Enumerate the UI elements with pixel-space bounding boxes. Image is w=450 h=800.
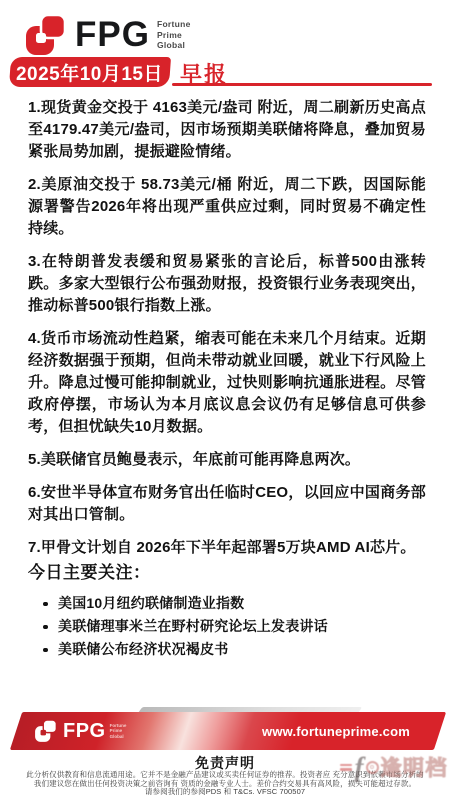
focus-list: 美国10月纽约联储制造业指数 美联储理事米兰在野村研究论坛上发表讲话 美联储公布… xyxy=(28,592,426,661)
banner-content: FPG Fortune Prime Global www.fortuneprim… xyxy=(16,712,440,750)
focus-item-2: 美联储理事米兰在野村研究论坛上发表讲话 xyxy=(41,615,426,638)
news-item-6: 6.安世半导体宣布财务官出任临时CEO，以回应中国商务部对其出口管制。 xyxy=(28,482,426,526)
watermark-avatar-icon xyxy=(366,761,379,774)
fpg-logo: FPG Fortune Prime Global xyxy=(24,13,191,57)
disclaimer-line-3: 请参阅我们的参阅PDS 和 T&Cs. VFSC 700507 xyxy=(0,788,450,797)
watermark-small-text xyxy=(340,764,352,771)
tagline-line: Fortune xyxy=(157,19,191,29)
tagline-line: Prime xyxy=(157,30,182,40)
footer-fpg-tagline: Fortune Prime Global xyxy=(110,723,127,740)
date-badge: 2025年10月15日 xyxy=(9,57,171,87)
tagline-line: Fortune xyxy=(110,723,127,728)
watermark-handle: 逢明档 xyxy=(381,752,449,782)
header-divider xyxy=(172,83,432,86)
watermark-f-icon: f xyxy=(355,752,364,782)
focus-item-1: 美国10月纽约联储制造业指数 xyxy=(41,592,426,615)
social-watermark: f 逢明档 xyxy=(340,750,449,784)
footer-fpg-logo: FPG Fortune Prime Global xyxy=(34,719,126,743)
news-item-7: 7.甲骨文计划自 2026年下半年起部署5万块AMD AI芯片。 xyxy=(28,537,426,559)
news-item-1: 1.现货黄金交投于 4163美元/盎司 附近，周二刷新历史高点至4179.47美… xyxy=(28,97,426,163)
report-date: 2025年10月15日 xyxy=(16,59,163,86)
fpg-logo-icon xyxy=(24,13,68,57)
news-item-3: 3.在特朗普发表缓和贸易紧张的言论后，标普500由涨转跌。多家大型银行公布强劲财… xyxy=(28,251,426,317)
morning-report-poster: FPG Fortune Prime Global 2025年10月15日 早报 … xyxy=(0,0,450,800)
tagline-line: Global xyxy=(157,40,185,50)
website-url: www.fortuneprime.com xyxy=(262,724,410,739)
focus-section: 今日主要关注： 美国10月纽约联储制造业指数 美联储理事米兰在野村研究论坛上发表… xyxy=(28,558,426,661)
news-item-4: 4.货币市场流动性趋紧，缩表可能在未来几个月结束。近期经济数据强于预期，但尚未带… xyxy=(28,328,426,438)
footer-fpg-wordmark: FPG xyxy=(63,720,106,743)
tagline-line: Global xyxy=(110,734,124,739)
news-list: 1.现货黄金交投于 4163美元/盎司 附近，周二刷新历史高点至4179.47美… xyxy=(28,97,426,570)
focus-item-3: 美联储公布经济状况褐皮书 xyxy=(41,638,426,661)
news-item-5: 5.美联储官员鲍曼表示，年底前可能再降息两次。 xyxy=(28,449,426,471)
fpg-logo-tagline: Fortune Prime Global xyxy=(157,19,191,51)
focus-heading: 今日主要关注： xyxy=(28,558,426,583)
news-item-2: 2.美原油交投于 58.73美元/桶 附近，周二下跌，因国际能源署警告2026年… xyxy=(28,174,426,240)
fpg-logo-wordmark: FPG xyxy=(75,13,150,57)
tagline-line: Prime xyxy=(110,728,123,733)
footer-banner: FPG Fortune Prime Global www.fortuneprim… xyxy=(16,712,440,750)
footer-fpg-logo-icon xyxy=(34,719,58,743)
